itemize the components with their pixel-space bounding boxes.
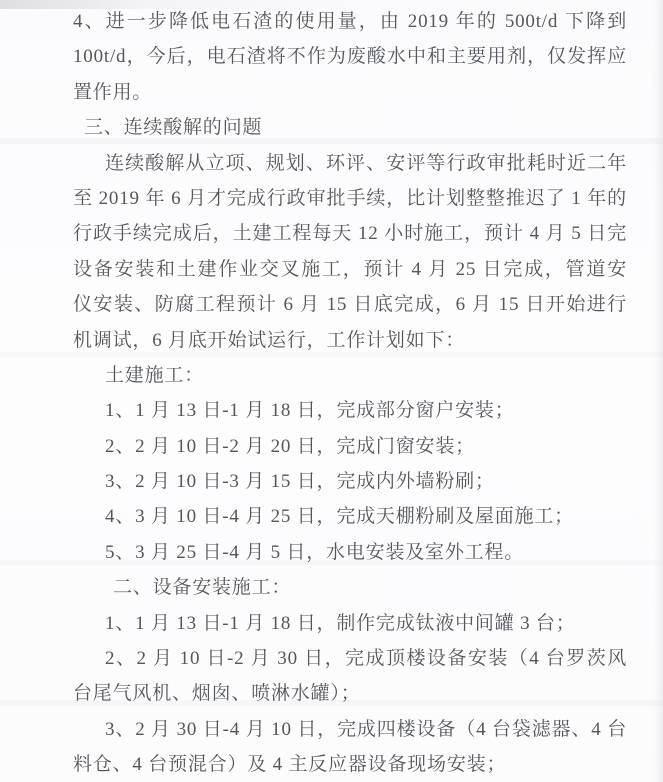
text-line: 4、3 月 10 日-4 月 25 日，完成天棚粉刷及屋面施工；: [0, 499, 663, 534]
text-line: 仪安装、防腐工程预计 6 月 15 日底完成，6 月 15 日开始进行项目单: [0, 287, 663, 322]
text-line: 3、2 月 10 日-3 月 15 日，完成内外墙粉刷；: [0, 464, 663, 499]
text-line: 设备安装和土建作业交叉施工，预计 4 月 25 日完成，管道安装、电: [0, 252, 663, 287]
text-line: 三、连续酸解的问题: [0, 110, 663, 145]
text-line: 料仓、4 台预混合）及 4 主反应器设备现场安装；: [0, 747, 663, 782]
text-line: 置作用。: [0, 75, 663, 110]
text-line: 1、1 月 13 日-1 月 18 日，完成部分窗户安装；: [0, 393, 663, 428]
text-line: 2、2 月 10 日-2 月 20 日，完成门窗安装；: [0, 429, 663, 464]
text-line: 1、1 月 13 日-1 月 18 日，制作完成钛液中间罐 3 台；: [0, 606, 663, 641]
document-lines: 4、进一步降低电石渣的使用量，由 2019 年的 500t/d 下降到 2020…: [0, 0, 663, 782]
document-page: 4、进一步降低电石渣的使用量，由 2019 年的 500t/d 下降到 2020…: [0, 0, 663, 782]
text-line: 台尾气风机、烟囱、喷淋水罐）；: [0, 676, 663, 711]
scanned-document: { "page": { "background": "#fcfcfd", "te…: [0, 0, 663, 782]
text-line: 土建施工：: [0, 358, 663, 393]
text-line: 5、3 月 25 日-4 月 5 日，水电安装及室外工程。: [0, 535, 663, 570]
text-line: 3、2 月 30 日-4 月 10 日，完成四楼设备（4 台袋滤器、4 台矿粉: [0, 712, 663, 747]
text-line: 行政手续完成后，土建工程每天 12 小时施工，预计 4 月 5 日完成，: [0, 216, 663, 251]
text-line: 4、进一步降低电石渣的使用量，由 2019 年的 500t/d 下降到 2020…: [0, 4, 663, 39]
text-line: 连续酸解从立项、规划、环评、安评等行政审批耗时近二年时间，: [0, 146, 663, 181]
text-line: 100t/d，今后，电石渣将不作为废酸水中和主要用剂，仅发挥应急处: [0, 39, 663, 74]
text-line: 至 2019 年 6 月才完成行政审批手续，比计划整整推迟了 1 年的时间，: [0, 181, 663, 216]
text-line: 机调试，6 月底开始试运行，工作计划如下：: [0, 323, 663, 358]
text-line: 2、2 月 10 日-2 月 30 日，完成顶楼设备安装（4 台罗茨风机、4: [0, 641, 663, 676]
text-line: 二、设备安装施工：: [0, 570, 663, 605]
